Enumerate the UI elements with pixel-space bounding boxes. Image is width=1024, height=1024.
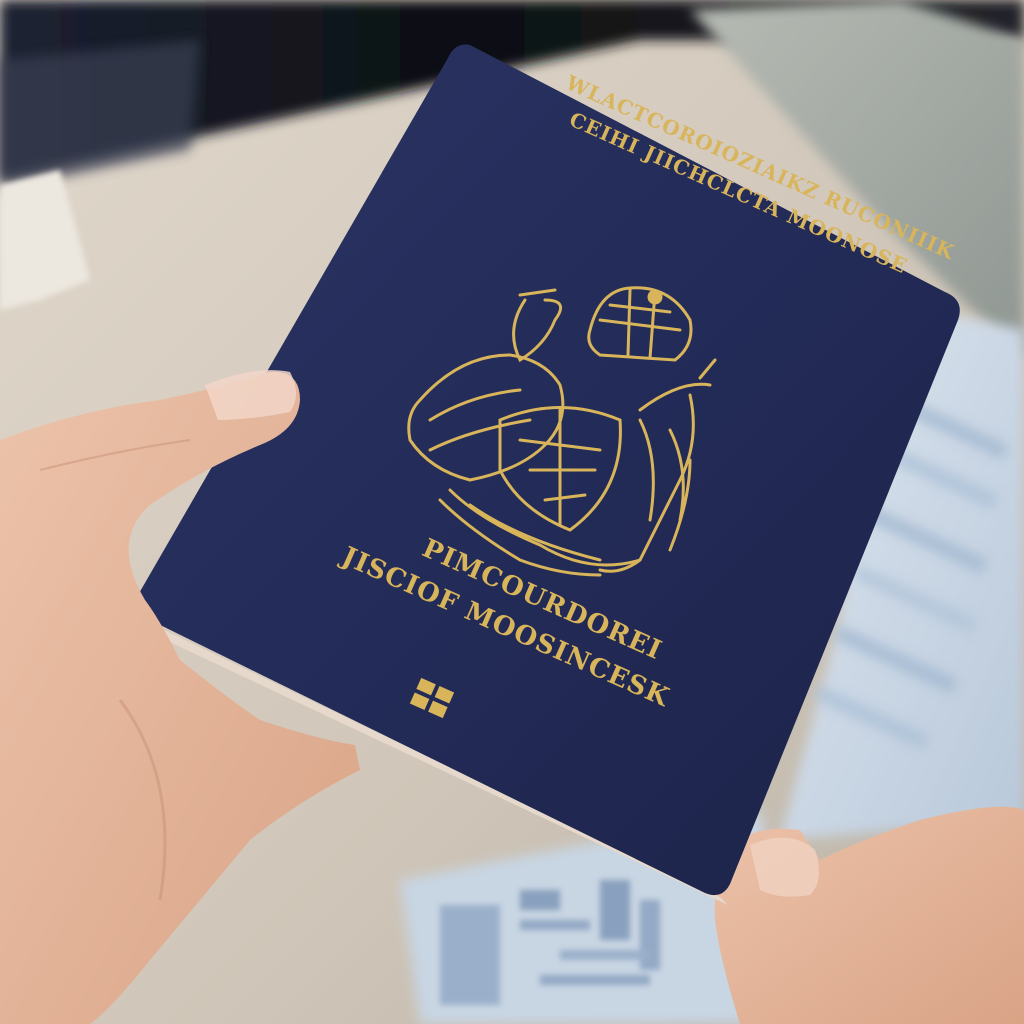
right-hand: [715, 807, 1024, 1024]
photo-scene: WLACTCOROIOZIAIKZ RUCONIIIK CEIHI JIICHC…: [0, 0, 1024, 1024]
scene-illustration: WLACTCOROIOZIAIKZ RUCONIIIK CEIHI JIICHC…: [0, 0, 1024, 1024]
